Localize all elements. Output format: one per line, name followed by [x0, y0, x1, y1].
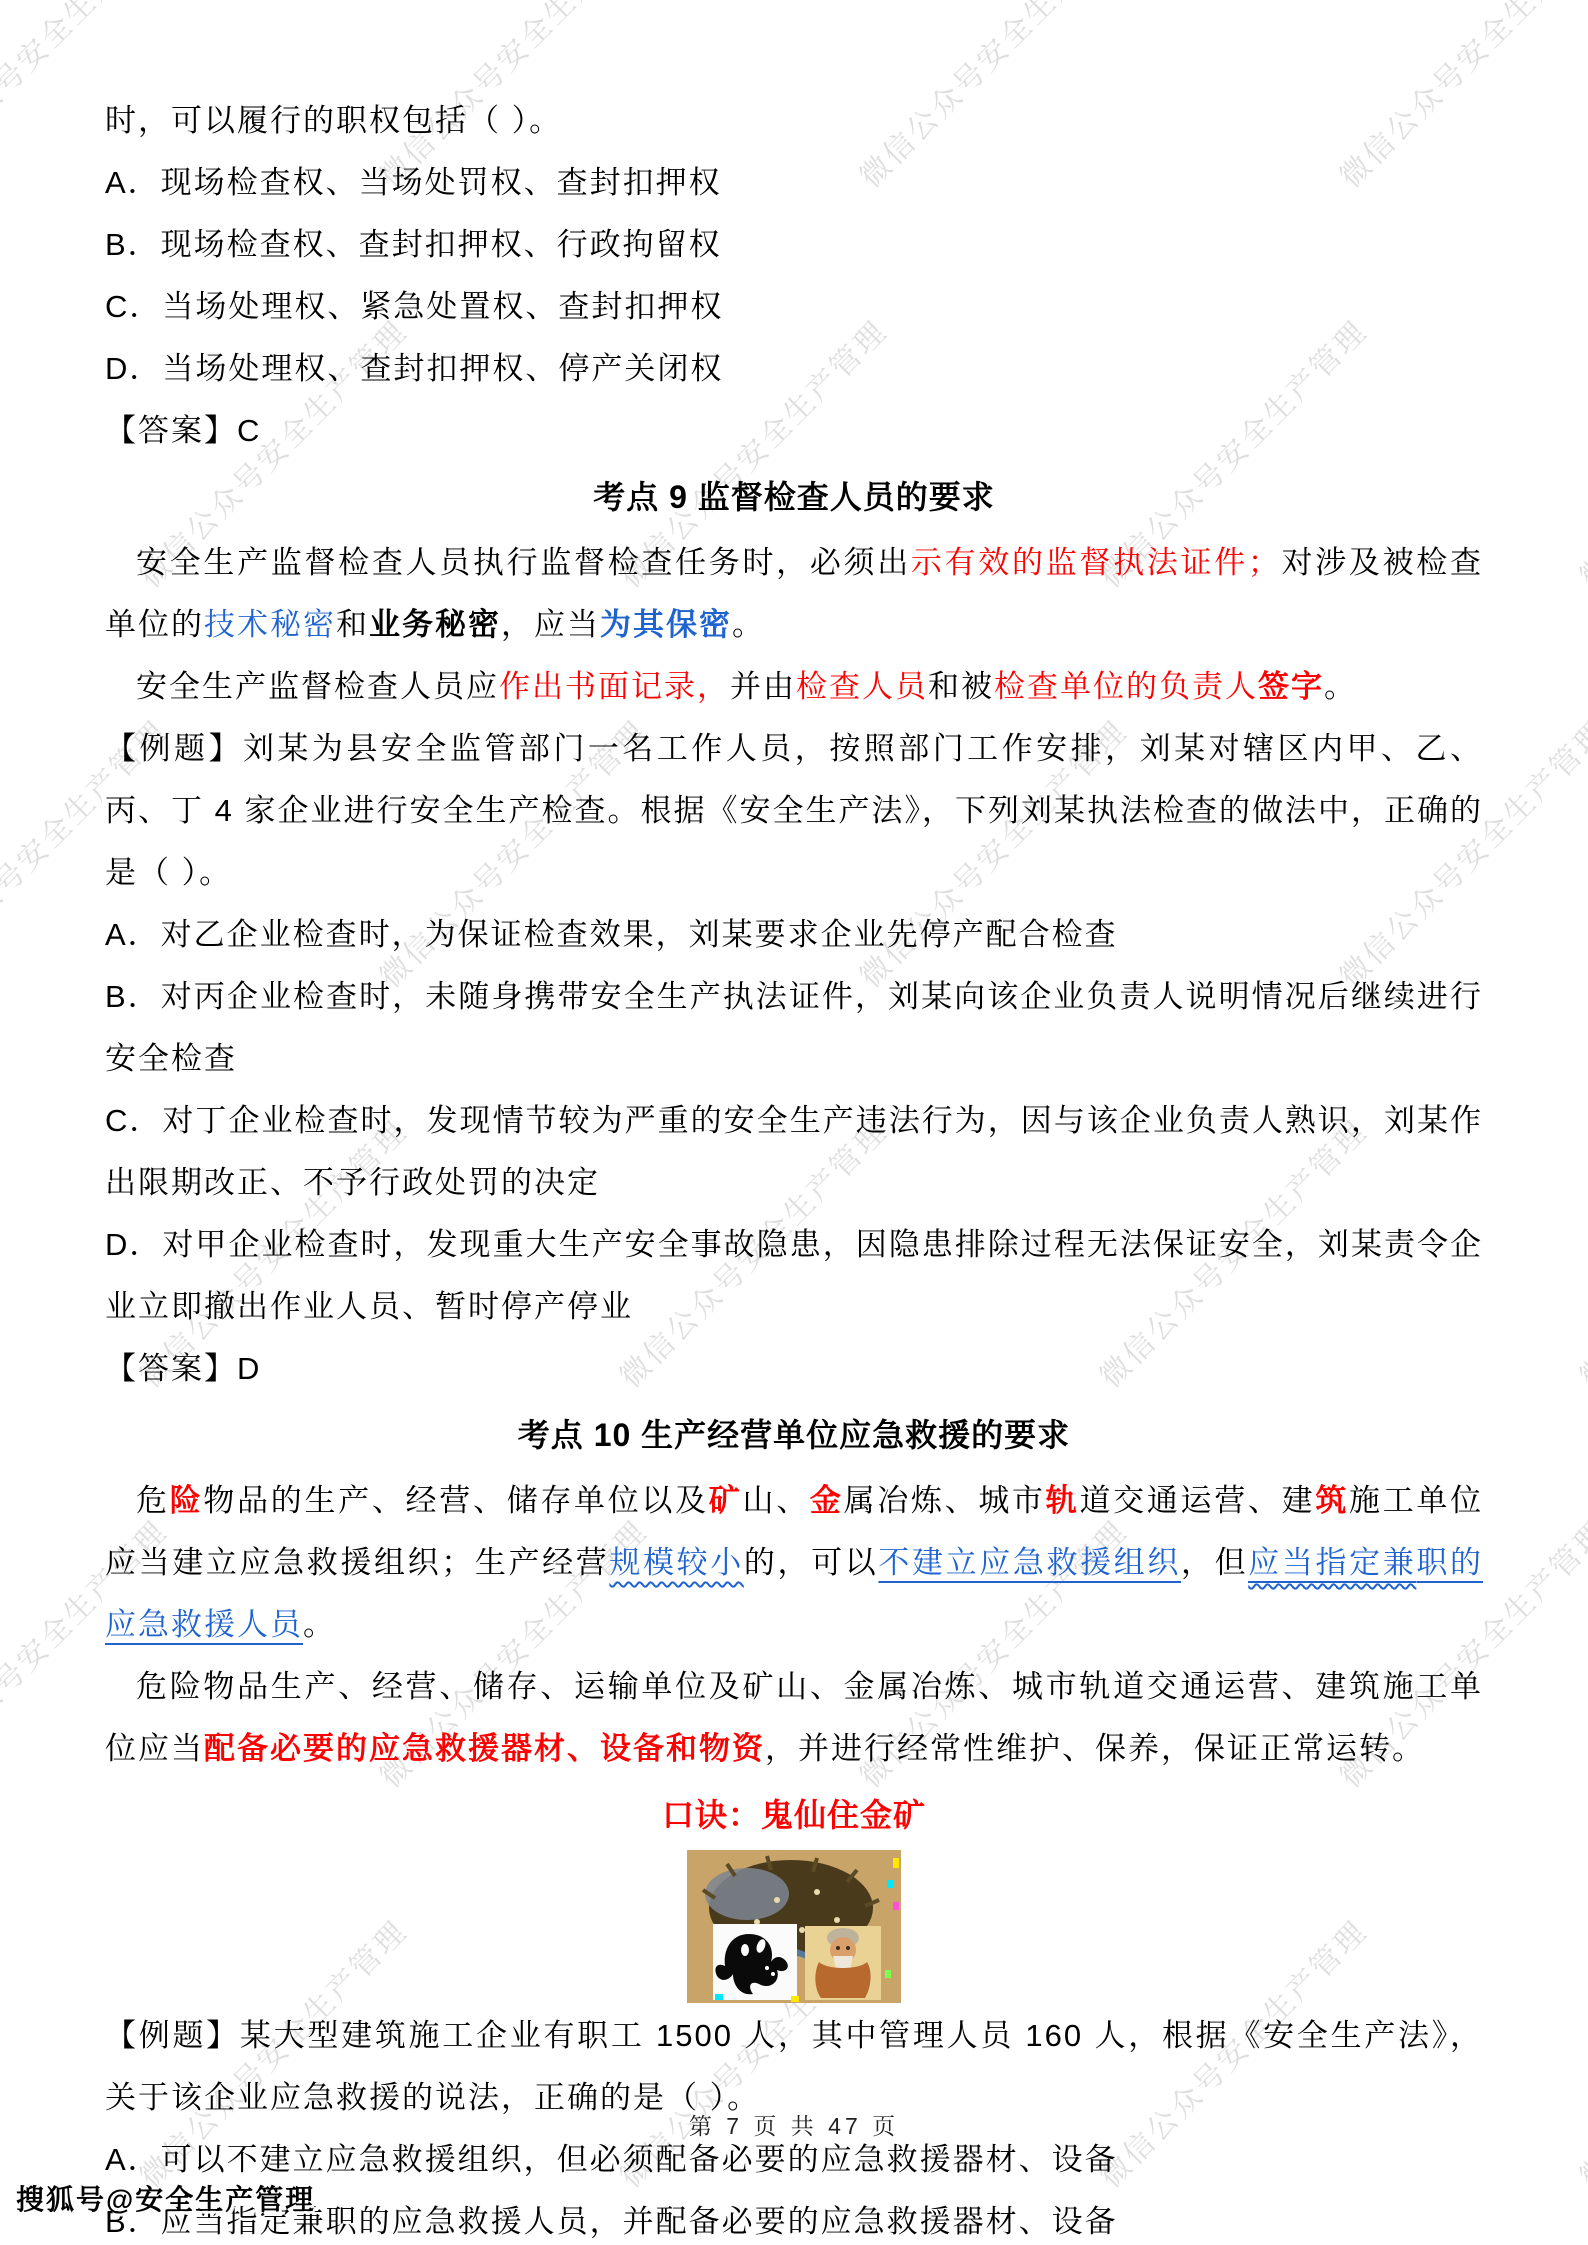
- text-run: 和被: [928, 669, 994, 704]
- text-run: 口诀：鬼仙住金矿: [662, 1797, 926, 1833]
- text-run: 【答案】C: [105, 413, 261, 448]
- question-stem: 时，可以履行的职权包括（ ）。: [105, 90, 1483, 152]
- text-run: ，但: [1181, 1545, 1248, 1580]
- text-run: A．对乙企业检查时，为保证检查效果，刘某要求企业先停产配合检查: [105, 917, 1118, 952]
- text-run: 配备必要的应急救援器材、设备和物资: [204, 1731, 765, 1766]
- text-run: 【例题】某大型建筑施工企业有职工 1500 人，其中管理人员 160 人，根据《…: [105, 2018, 1483, 2115]
- text-run: 时，可以履行的职权包括（ ）。: [105, 103, 562, 138]
- text-run: 安全生产监督检查人员执行监督检查任务时，必须出: [136, 545, 911, 580]
- text-run: 危: [136, 1483, 170, 1518]
- text-run: 。: [732, 607, 765, 642]
- text-run: 。: [303, 1607, 336, 1642]
- text-run: 作出书面记录，: [499, 669, 730, 704]
- text-run: 和: [336, 607, 369, 642]
- text-run: 技术秘密: [204, 607, 336, 642]
- text-run: D．当场处理权、查封扣押权、停产关闭权: [105, 351, 723, 386]
- text-run: 金: [810, 1483, 844, 1518]
- text-run: ，并进行经常性维护、保养，保证正常运转。: [765, 1731, 1425, 1766]
- option-line: B．对丙企业检查时，未随身携带安全生产执法证件，刘某向该企业负责人说明情况后继续…: [105, 966, 1483, 1090]
- watermark-text: 微信公众号安全生产管理: [1568, 308, 1588, 596]
- text-run: 应当指定兼: [1248, 1545, 1416, 1583]
- mnemonic-image: [105, 1850, 1483, 2003]
- text-run: 物品的生产、经营、储存单位以及: [203, 1483, 708, 1518]
- mnemonic-illustration: [687, 1850, 901, 2003]
- text-run: 轨: [1046, 1483, 1080, 1518]
- option-line: D．当场处理权、查封扣押权、停产关闭权: [105, 338, 1483, 400]
- text-run: 道交通运营、建: [1079, 1483, 1315, 1518]
- page-number: 第 7 页 共 47 页: [0, 2108, 1588, 2141]
- section-heading-kaodian-9: 考点 9 监督检查人员的要求: [105, 466, 1483, 528]
- text-run: 不建立应急救援组织: [878, 1545, 1181, 1580]
- option-line: C．当场处理权、紧急处置权、查封扣押权: [105, 276, 1483, 338]
- rock-icon: [705, 1868, 789, 1920]
- document-page: 微信公众号安全生产管理微信公众号安全生产管理微信公众号安全生产管理微信公众号安全…: [0, 0, 1588, 2245]
- sohu-brand: 搜狐号@安全生产管理: [16, 2178, 315, 2218]
- option-line: C．对丁企业检查时，发现情节较为严重的安全生产违法行为，因与该企业负责人熟识，刘…: [105, 1090, 1483, 1214]
- answer-line: 【答案】D: [105, 1338, 1483, 1400]
- text-run: 【答案】D: [105, 1351, 261, 1386]
- text-run: 筑: [1315, 1483, 1349, 1518]
- section-heading-kaodian-10: 考点 10 生产经营单位应急救援的要求: [105, 1404, 1483, 1466]
- text-run: 矿: [709, 1483, 743, 1518]
- text-run: 属冶炼、城市: [844, 1483, 1046, 1518]
- text-run: 考点 9 监督检查人员的要求: [593, 479, 995, 515]
- document-body: 时，可以履行的职权包括（ ）。A．现场检查权、当场处罚权、查封扣押权B．现场检查…: [105, 90, 1483, 2245]
- example-question: 【例题】刘某为县安全监管部门一名工作人员，按照部门工作安排，刘某对辖区内甲、乙、…: [105, 718, 1483, 904]
- text-run: B．现场检查权、查封扣押权、行政拘留权: [105, 227, 722, 262]
- text-run: 为其保密: [600, 607, 732, 642]
- option-line: A．现场检查权、当场处罚权、查封扣押权: [105, 152, 1483, 214]
- paragraph: 安全生产监督检查人员执行监督检查任务时，必须出示有效的监督执法证件；对涉及被检查…: [105, 532, 1483, 656]
- text-run: 山、: [743, 1483, 810, 1518]
- watermark-text: 微信公众号安全生产管理: [1568, 1908, 1588, 2196]
- text-run: 考点 10 生产经营单位应急救援的要求: [518, 1417, 1070, 1453]
- text-run: 安全生产监督检查人员应: [136, 669, 499, 704]
- text-run: A．可以不建立应急救援组织，但必须配备必要的应急救援器材、设备: [105, 2142, 1118, 2177]
- text-run: 的，可以: [744, 1545, 879, 1580]
- paragraph: 安全生产监督检查人员应作出书面记录，并由检查人员和被检查单位的负责人签字。: [105, 656, 1483, 718]
- text-run: C．对丁企业检查时，发现情节较为严重的安全生产违法行为，因与该企业负责人熟识，刘…: [105, 1103, 1483, 1200]
- paragraph: 危险物品生产、经营、储存、运输单位及矿山、金属冶炼、城市轨道交通运营、建筑施工单…: [105, 1656, 1483, 1780]
- mnemonic-title: 口诀：鬼仙住金矿: [105, 1784, 1483, 1846]
- watermark-text: 微信公众号安全生产管理: [1568, 1108, 1588, 1396]
- text-run: 并由: [730, 669, 796, 704]
- text-run: 检查单位的负责人: [994, 669, 1258, 704]
- option-line: B．现场检查权、查封扣押权、行政拘留权: [105, 214, 1483, 276]
- text-run: 险: [170, 1483, 204, 1518]
- answer-line: 【答案】C: [105, 400, 1483, 462]
- text-run: ，应当: [501, 607, 600, 642]
- text-run: 【例题】刘某为县安全监管部门一名工作人员，按照部门工作安排，刘某对辖区内甲、乙、…: [105, 731, 1483, 890]
- text-run: 检查人员: [796, 669, 928, 704]
- text-run: 签字: [1258, 669, 1324, 704]
- text-run: B．对丙企业检查时，未随身携带安全生产执法证件，刘某向该企业负责人说明情况后继续…: [105, 979, 1483, 1076]
- option-line: A．对乙企业检查时，为保证检查效果，刘某要求企业先停产配合检查: [105, 904, 1483, 966]
- text-run: 规模较小: [609, 1545, 744, 1580]
- option-line: D．对甲企业检查时，发现重大生产安全事故隐患，因隐患排除过程无法保证安全，刘某责…: [105, 1214, 1483, 1338]
- paragraph: 危险物品的生产、经营、储存单位以及矿山、金属冶炼、城市轨道交通运营、建筑施工单位…: [105, 1470, 1483, 1656]
- text-run: 示有效的监督执法证件；: [911, 545, 1281, 580]
- text-run: 。: [1324, 669, 1357, 704]
- text-run: 业务秘密: [369, 607, 501, 642]
- text-run: D．对甲企业检查时，发现重大生产安全事故隐患，因隐患排除过程无法保证安全，刘某责…: [105, 1227, 1483, 1324]
- text-run: C．当场处理权、紧急处置权、查封扣押权: [105, 289, 723, 324]
- text-run: A．现场检查权、当场处罚权、查封扣押权: [105, 165, 722, 200]
